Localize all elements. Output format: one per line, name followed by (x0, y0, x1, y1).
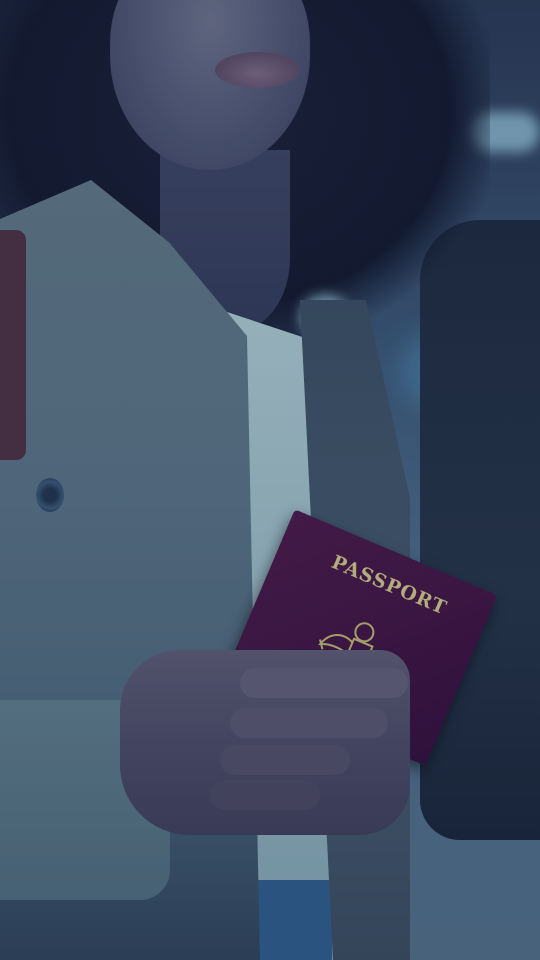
finger (230, 708, 388, 738)
photo-scene: PASSPORT (0, 0, 540, 960)
finger (240, 668, 408, 698)
finger (210, 780, 320, 810)
bag-strap (0, 230, 26, 460)
pocket-button (36, 478, 64, 512)
finger (220, 745, 350, 775)
lips (215, 52, 300, 88)
